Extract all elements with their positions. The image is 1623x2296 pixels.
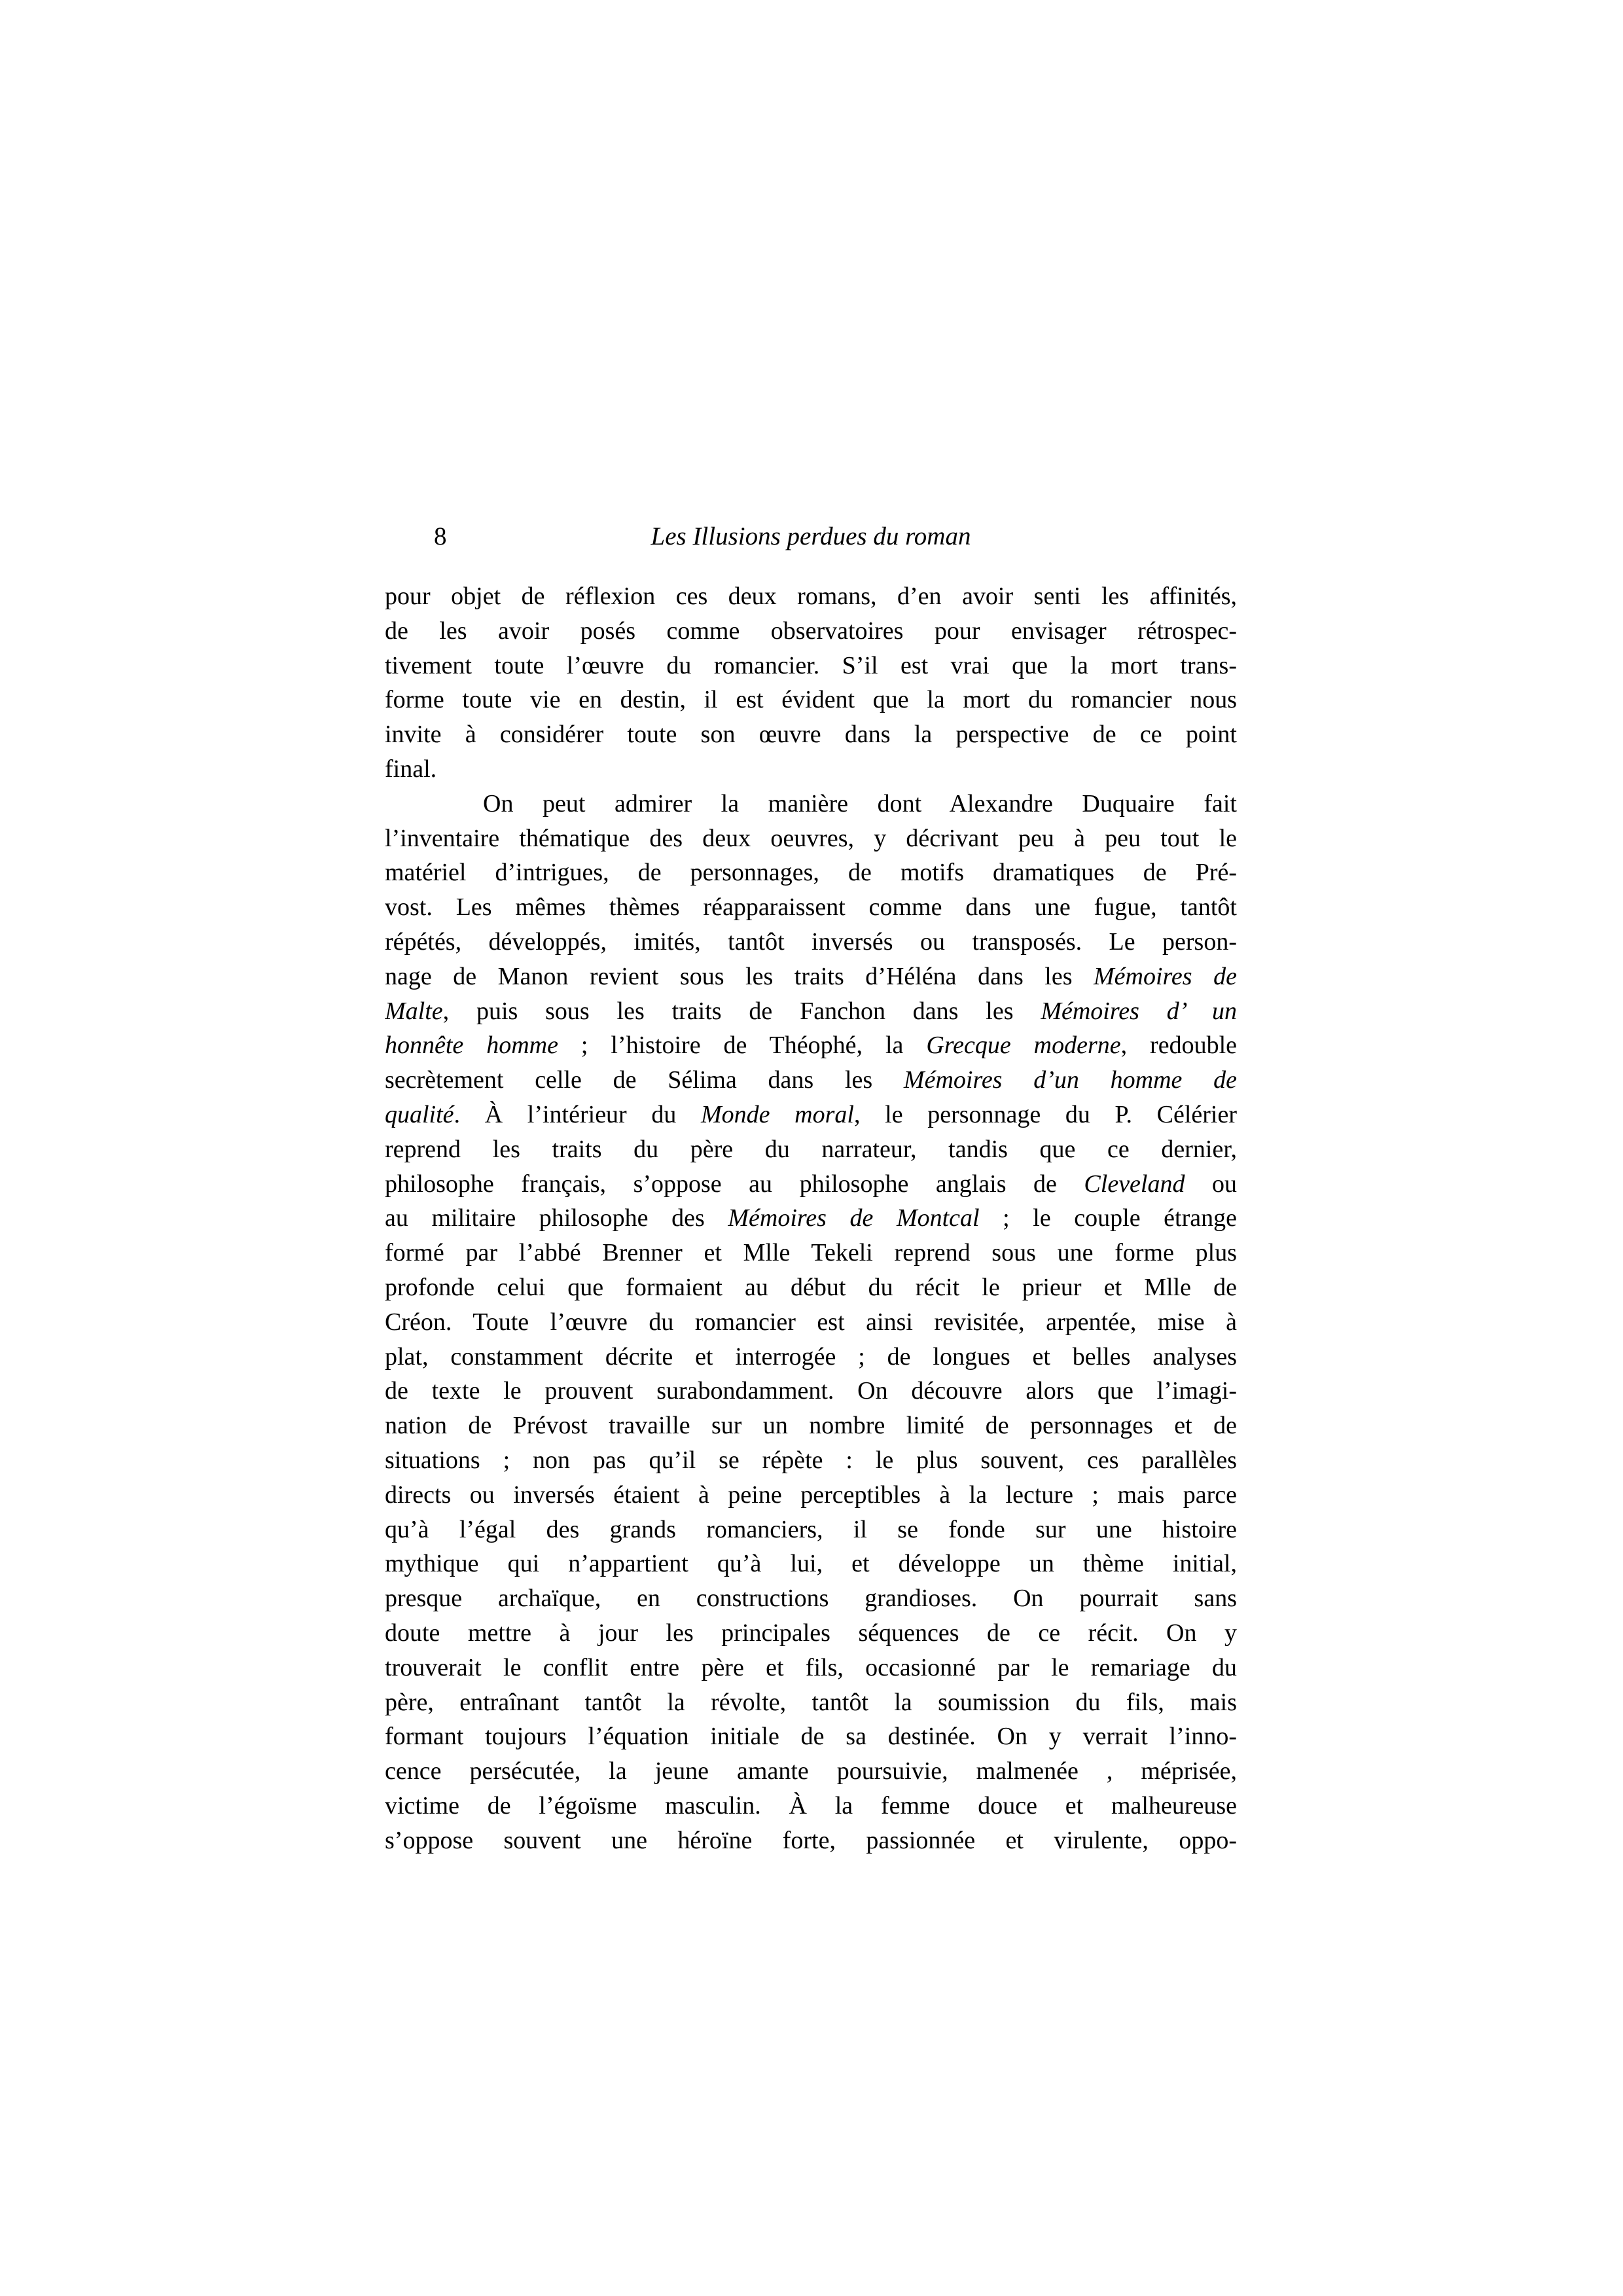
text-line: On peut admirer la manière dont Alexandr… — [385, 787, 1237, 821]
text-block: 8 Les Illusions perdues du roman pour ob… — [385, 519, 1237, 1857]
text-segment: l’inventaire thématique des deux oeuvres… — [385, 825, 1237, 852]
text-line: nation de Prévost travaille sur un nombr… — [385, 1408, 1237, 1443]
text-segment: reprend les traits du père du narrateur,… — [385, 1136, 1237, 1163]
text-segment: s’oppose souvent une héroïne forte, pass… — [385, 1827, 1237, 1854]
text-line: formé par l’abbé Brenner et Mlle Tekeli … — [385, 1236, 1237, 1270]
body-text: pour objet de réflexion ces deux romans,… — [385, 579, 1237, 1857]
text-segment: de les avoir posés comme observatoires p… — [385, 617, 1237, 645]
text-line: directs ou inversés étaient à peine perc… — [385, 1478, 1237, 1513]
italic-text-segment: Malte — [385, 997, 443, 1025]
text-segment: formé par l’abbé Brenner et Mlle Tekeli … — [385, 1239, 1237, 1266]
italic-text-segment: Mémoires de — [1094, 963, 1237, 990]
text-line: Malte, puis sous les traits de Fanchon d… — [385, 994, 1237, 1029]
text-line: forme toute vie en destin, il est éviden… — [385, 683, 1237, 717]
text-line: final. — [385, 752, 1237, 787]
text-line: mythique qui n’appartient qu’à lui, et d… — [385, 1547, 1237, 1581]
text-line: honnête homme ; l’histoire de Théophé, l… — [385, 1028, 1237, 1063]
text-segment: doute mettre à jour les principales séqu… — [385, 1619, 1237, 1647]
page-number: 8 — [434, 519, 447, 554]
text-segment: vost. Les mêmes thèmes réapparaissent co… — [385, 893, 1237, 921]
text-segment: situations ; non pas qu’il se répète : l… — [385, 1446, 1237, 1474]
text-line: Créon. Toute l’œuvre du romancier est ai… — [385, 1305, 1237, 1340]
text-segment: ; l’histoire de Théophé, la — [558, 1031, 926, 1059]
text-segment: invite à considérer toute son œuvre dans… — [385, 721, 1237, 748]
italic-text-segment: Monde moral — [701, 1101, 854, 1128]
text-segment: tivement toute l’œuvre du romancier. S’i… — [385, 652, 1237, 679]
text-segment: profonde celui que formaient au début du… — [385, 1274, 1237, 1301]
text-segment: forme toute vie en destin, il est éviden… — [385, 686, 1237, 713]
text-line: nage de Manon revient sous les traits d’… — [385, 960, 1237, 994]
text-line: doute mettre à jour les principales séqu… — [385, 1616, 1237, 1651]
text-segment: final. — [385, 755, 437, 783]
italic-text-segment: qualité — [385, 1101, 454, 1128]
italic-text-segment: honnête homme — [385, 1031, 558, 1059]
text-segment: On peut admirer la manière dont Alexandr… — [483, 790, 1237, 817]
text-line: s’oppose souvent une héroïne forte, pass… — [385, 1823, 1237, 1858]
text-segment: victime de l’égoïsme masculin. À la femm… — [385, 1792, 1237, 1820]
italic-text-segment: Mémoires de Montcal — [728, 1204, 979, 1232]
text-line: profonde celui que formaient au début du… — [385, 1270, 1237, 1305]
text-segment: formant toujours l’équation initiale de … — [385, 1723, 1237, 1750]
text-line: presque archaïque, en constructions gran… — [385, 1581, 1237, 1616]
text-line: cence persécutée, la jeune amante poursu… — [385, 1754, 1237, 1789]
text-segment: trouverait le conflit entre père et fils… — [385, 1654, 1237, 1681]
text-line: tivement toute l’œuvre du romancier. S’i… — [385, 649, 1237, 683]
text-segment: . À l’intérieur du — [454, 1101, 701, 1128]
text-line: invite à considérer toute son œuvre dans… — [385, 717, 1237, 752]
text-line: reprend les traits du père du narrateur,… — [385, 1132, 1237, 1167]
text-segment: Créon. Toute l’œuvre du romancier est ai… — [385, 1308, 1237, 1336]
text-segment: ; le couple étrange — [980, 1204, 1237, 1232]
text-line: trouverait le conflit entre père et fils… — [385, 1651, 1237, 1685]
text-segment: presque archaïque, en constructions gran… — [385, 1585, 1237, 1612]
text-line: situations ; non pas qu’il se répète : l… — [385, 1443, 1237, 1478]
text-segment: cence persécutée, la jeune amante poursu… — [385, 1757, 1237, 1785]
text-line: au militaire philosophe des Mémoires de … — [385, 1201, 1237, 1236]
text-segment: nage de Manon revient sous les traits d’… — [385, 963, 1094, 990]
text-line: secrètement celle de Sélima dans les Mém… — [385, 1063, 1237, 1098]
text-segment: directs ou inversés étaient à peine perc… — [385, 1481, 1237, 1509]
italic-text-segment: Grecque moderne — [926, 1031, 1120, 1059]
text-segment: au militaire philosophe des — [385, 1204, 728, 1232]
text-line: vost. Les mêmes thèmes réapparaissent co… — [385, 890, 1237, 925]
text-line: de texte le prouvent surabondamment. On … — [385, 1374, 1237, 1408]
text-segment: de texte le prouvent surabondamment. On … — [385, 1377, 1237, 1405]
text-segment: , redouble — [1121, 1031, 1237, 1059]
text-segment: plat, constamment décrite et interrogée … — [385, 1343, 1237, 1371]
running-header-title: Les Illusions perdues du roman — [651, 522, 971, 550]
italic-text-segment: Mémoires d’ un — [1041, 997, 1237, 1025]
text-line: matériel d’intrigues, de personnages, de… — [385, 855, 1237, 890]
text-line: victime de l’égoïsme masculin. À la femm… — [385, 1789, 1237, 1823]
text-line: qu’à l’égal des grands romanciers, il se… — [385, 1513, 1237, 1547]
text-line: plat, constamment décrite et interrogée … — [385, 1340, 1237, 1374]
text-segment: répétés, développés, imités, tantôt inve… — [385, 928, 1237, 956]
text-line: l’inventaire thématique des deux oeuvres… — [385, 821, 1237, 856]
italic-text-segment: Mémoires d’un homme de — [904, 1066, 1237, 1094]
text-segment: qu’à l’égal des grands romanciers, il se… — [385, 1516, 1237, 1543]
running-header: 8 Les Illusions perdues du roman — [385, 519, 1237, 554]
text-line: pour objet de réflexion ces deux romans,… — [385, 579, 1237, 614]
text-segment: père, entraînant tantôt la révolte, tant… — [385, 1689, 1237, 1716]
text-line: philosophe français, s’oppose au philoso… — [385, 1167, 1237, 1202]
text-segment: , puis sous les traits de Fanchon dans l… — [443, 997, 1041, 1025]
italic-text-segment: Cleveland — [1084, 1170, 1185, 1198]
text-line: père, entraînant tantôt la révolte, tant… — [385, 1685, 1237, 1720]
text-segment: ou — [1185, 1170, 1237, 1198]
text-line: qualité. À l’intérieur du Monde moral, l… — [385, 1098, 1237, 1132]
text-segment: mythique qui n’appartient qu’à lui, et d… — [385, 1550, 1237, 1577]
text-segment: secrètement celle de Sélima dans les — [385, 1066, 904, 1094]
document-page: 8 Les Illusions perdues du roman pour ob… — [0, 0, 1623, 2296]
text-segment: pour objet de réflexion ces deux romans,… — [385, 583, 1237, 610]
text-segment: , le personnage du P. Célérier — [854, 1101, 1237, 1128]
text-line: formant toujours l’équation initiale de … — [385, 1719, 1237, 1754]
text-segment: matériel d’intrigues, de personnages, de… — [385, 859, 1237, 886]
text-segment: philosophe français, s’oppose au philoso… — [385, 1170, 1084, 1198]
text-line: répétés, développés, imités, tantôt inve… — [385, 925, 1237, 960]
text-line: de les avoir posés comme observatoires p… — [385, 614, 1237, 649]
text-segment: nation de Prévost travaille sur un nombr… — [385, 1412, 1237, 1439]
